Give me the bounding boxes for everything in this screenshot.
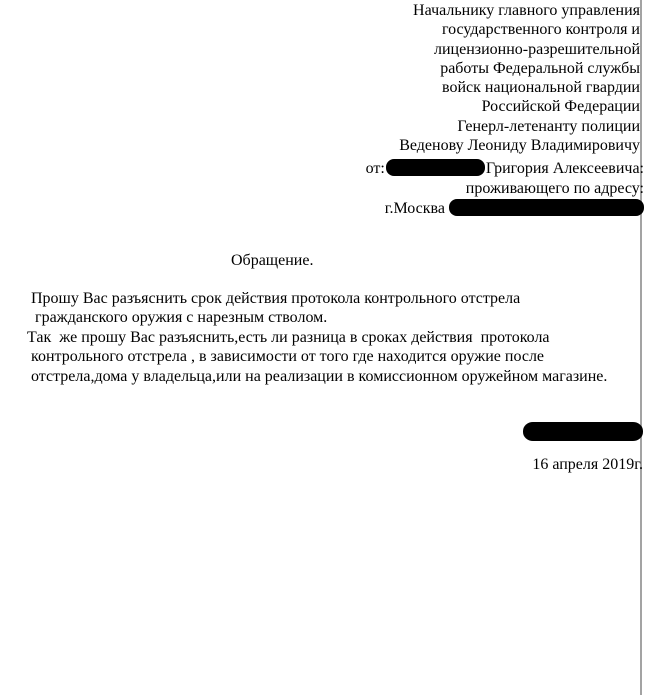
recipient-line: Начальнику главного управления <box>399 1 640 20</box>
recipient-address-block: Начальнику главного управления государст… <box>399 1 640 155</box>
recipient-line: лицензионно-разрешительной <box>399 40 640 59</box>
sender-name: Григория Алексеевича: <box>486 160 644 177</box>
body-line: отстрела,дома у владельца,или на реализа… <box>27 367 607 386</box>
recipient-line: работы Федеральной службы <box>399 59 640 78</box>
from-label: от: <box>366 160 385 177</box>
recipient-line: государственного контроля и <box>399 20 640 39</box>
city-label: г.Москва <box>385 200 449 217</box>
recipient-line: Российской Федерации <box>399 97 640 116</box>
page-right-margin-line <box>640 0 642 695</box>
document-page: Начальнику главного управления государст… <box>0 0 646 695</box>
sender-city-line: г.Москва <box>366 199 644 219</box>
recipient-line: Веденову Леониду Владимировичу <box>399 136 640 155</box>
body-line: Прошу Вас разъяснить срок действия прото… <box>27 289 607 308</box>
document-title: Обращение. <box>231 252 313 270</box>
body-paragraph: Прошу Вас разъяснить срок действия прото… <box>27 289 607 386</box>
recipient-line: войск национальной гвардии <box>399 78 640 97</box>
body-line: гражданского оружия с нарезным стволом. <box>27 308 607 327</box>
sender-block: от:Григория Алексеевича: проживающего по… <box>366 159 644 218</box>
document-date: 16 апреля 2019г. <box>532 456 643 474</box>
recipient-line: Генерл-летенанту полиции <box>399 117 640 136</box>
body-line: контрольного отстрела , в зависимости от… <box>27 347 607 366</box>
sender-residence-line: проживающего по адресу: <box>366 179 644 199</box>
sender-name-line: от:Григория Алексеевича: <box>366 159 644 179</box>
redacted-signature-box <box>523 422 643 441</box>
redacted-surname-box <box>386 159 485 176</box>
redacted-address-box <box>449 199 644 216</box>
body-line: Так же прошу Вас разъяснить,есть ли разн… <box>27 328 607 347</box>
